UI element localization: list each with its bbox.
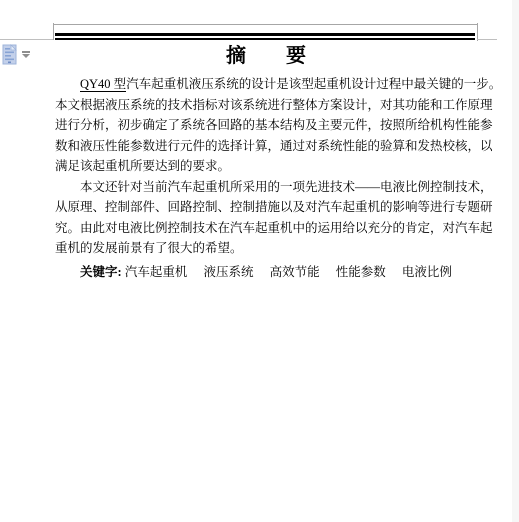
keyword-item: 高效节能 xyxy=(270,265,320,279)
paragraph1-line1: QY40 型汽车起重机液压系统的设计是该型起重机设计过程中最关键的一步。 xyxy=(55,74,479,95)
model-number-underlined: QY40 型 xyxy=(80,77,126,92)
header-rule-thin xyxy=(55,38,475,40)
keywords-separator: : xyxy=(118,265,125,279)
paragraph1-line2: 本文根据液压系统的技术指标对该系统进行整体方案设计，对其功能和工作原理 xyxy=(55,95,479,116)
paragraph2-line3: 究。由此对电液比例控制技术在汽车起重机中的运用给以充分的肯定，对汽车起 xyxy=(55,218,479,239)
paragraph1-line5: 满足该起重机所要达到的要求。 xyxy=(55,156,479,177)
paste-options-button[interactable] xyxy=(2,44,32,66)
window-right-edge xyxy=(512,0,519,522)
paragraph1-line4: 数和液压性能参数进行元件的选择计算，通过对系统性能的验算和发热校核，以 xyxy=(55,136,479,157)
paragraph1-line3: 进行分析，初步确定了系统各回路的基本结构及主要元件，按照所给机构性能参 xyxy=(55,115,479,136)
header-left-boundary-line xyxy=(53,23,54,40)
keyword-item: 电液比例 xyxy=(402,265,452,279)
abstract-body: QY40 型汽车起重机液压系统的设计是该型起重机设计过程中最关键的一步。 本文根… xyxy=(55,74,479,282)
page-title: 摘 要 xyxy=(55,44,477,68)
keywords-line: 关键字: 汽车起重机 液压系统 高效节能 性能参数 电液比例 xyxy=(55,262,479,283)
paragraph2-line4: 重机的发展前景有了很大的希望。 xyxy=(55,238,479,259)
header-top-boundary-line xyxy=(53,24,477,25)
keyword-item: 液压系统 xyxy=(203,265,253,279)
paragraph2-line2: 从原理、控制部件、回路控制、控制措施以及对汽车起重机的影响等进行专题研 xyxy=(55,197,479,218)
keywords-label: 关键字 xyxy=(80,265,118,279)
paragraph2-line1: 本文还针对当前汽车起重机所采用的一项先进技术——电液比例控制技术， xyxy=(55,177,479,198)
paragraph1-line1-text: 汽车起重机液压系统的设计是该型起重机设计过程中最关键的一步。 xyxy=(126,77,501,91)
chevron-down-icon[interactable] xyxy=(22,51,31,58)
right-margin-boundary-line xyxy=(477,39,497,40)
keyword-item: 汽车起重机 xyxy=(125,265,188,279)
header-rule-thick xyxy=(55,33,475,36)
keyword-item: 性能参数 xyxy=(336,265,386,279)
left-margin-boundary-line xyxy=(0,39,53,40)
document-page[interactable]: 摘 要 QY40 型汽车起重机液压系统的设计是该型起重机设计过程中最关键的一步。… xyxy=(0,0,519,522)
